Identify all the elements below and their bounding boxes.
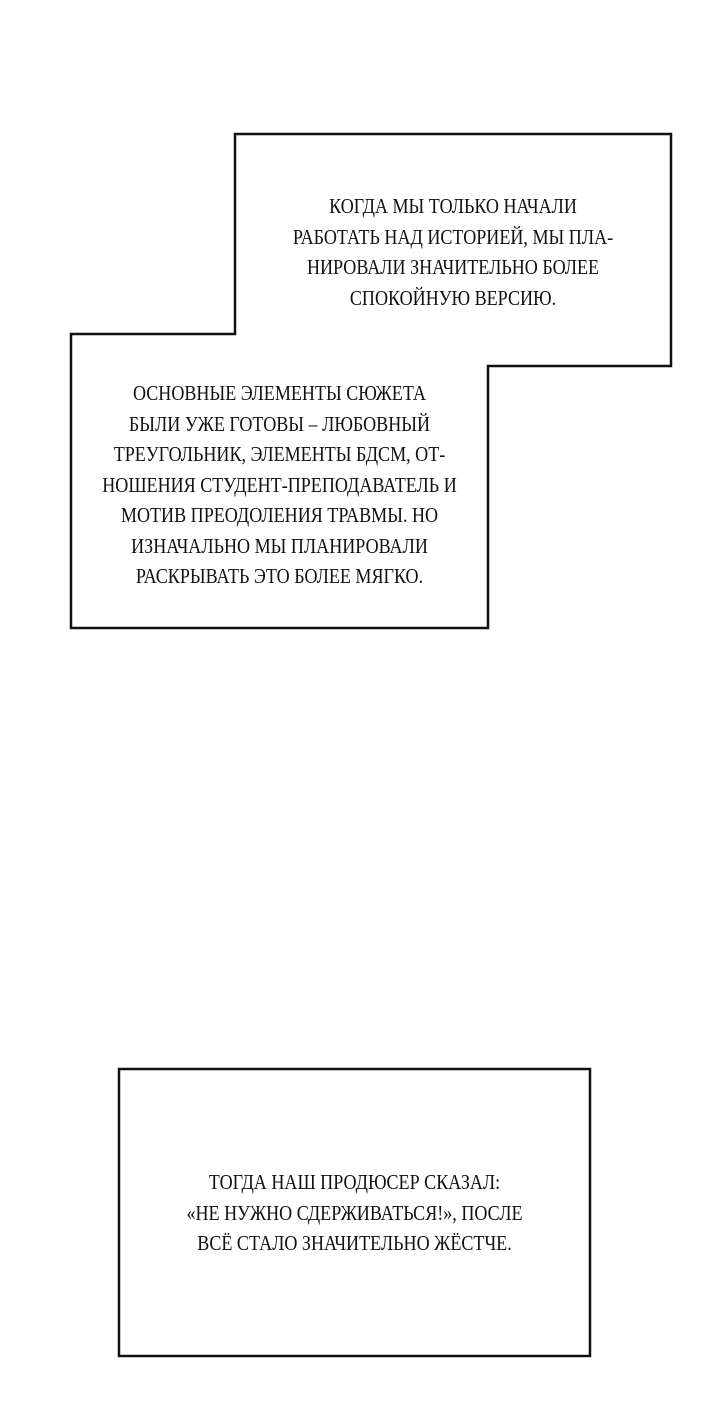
caption-line: НИРОВАЛИ ЗНАЧИТЕЛЬНО БОЛЕЕ <box>266 252 641 283</box>
caption-line: ОСНОВНЫЕ ЭЛЕМЕНТЫ СЮЖЕТА <box>100 378 459 409</box>
caption-line: КОГДА МЫ ТОЛЬКО НАЧАЛИ <box>266 191 641 222</box>
caption-line: ТРЕУГОЛЬНИК, ЭЛЕМЕНТЫ БДСМ, ОТ- <box>100 439 459 470</box>
caption-line: РАСКРЫВАТЬ ЭТО БОЛЕЕ МЯГКО. <box>100 561 459 592</box>
caption-line: ВСЁ СТАЛО ЗНАЧИТЕЛЬНО ЖЁСТЧЕ. <box>152 1228 557 1259</box>
caption-text-3: ТОГДА НАШ ПРОДЮСЕР СКАЗАЛ: «НЕ НУЖНО СДЕ… <box>152 1167 557 1259</box>
caption-text-2: ОСНОВНЫЕ ЭЛЕМЕНТЫ СЮЖЕТА БЫЛИ УЖЕ ГОТОВЫ… <box>100 378 459 592</box>
caption-line: НОШЕНИЯ СТУДЕНТ-ПРЕПОДАВАТЕЛЬ И <box>100 470 459 501</box>
caption-text-1: КОГДА МЫ ТОЛЬКО НАЧАЛИ РАБОТАТЬ НАД ИСТО… <box>266 191 641 313</box>
caption-line: «НЕ НУЖНО СДЕРЖИВАТЬСЯ!», ПОСЛЕ <box>152 1198 557 1229</box>
caption-line: ИЗНАЧАЛЬНО МЫ ПЛАНИРОВАЛИ <box>100 531 459 562</box>
caption-line: ТОГДА НАШ ПРОДЮСЕР СКАЗАЛ: <box>152 1167 557 1198</box>
caption-line: МОТИВ ПРЕОДОЛЕНИЯ ТРАВМЫ. НО <box>100 500 459 531</box>
caption-line: РАБОТАТЬ НАД ИСТОРИЕЙ, МЫ ПЛА- <box>266 222 641 253</box>
caption-line: БЫЛИ УЖЕ ГОТОВЫ – ЛЮБОВНЫЙ <box>100 409 459 440</box>
caption-line: СПОКОЙНУЮ ВЕРСИЮ. <box>266 283 641 314</box>
